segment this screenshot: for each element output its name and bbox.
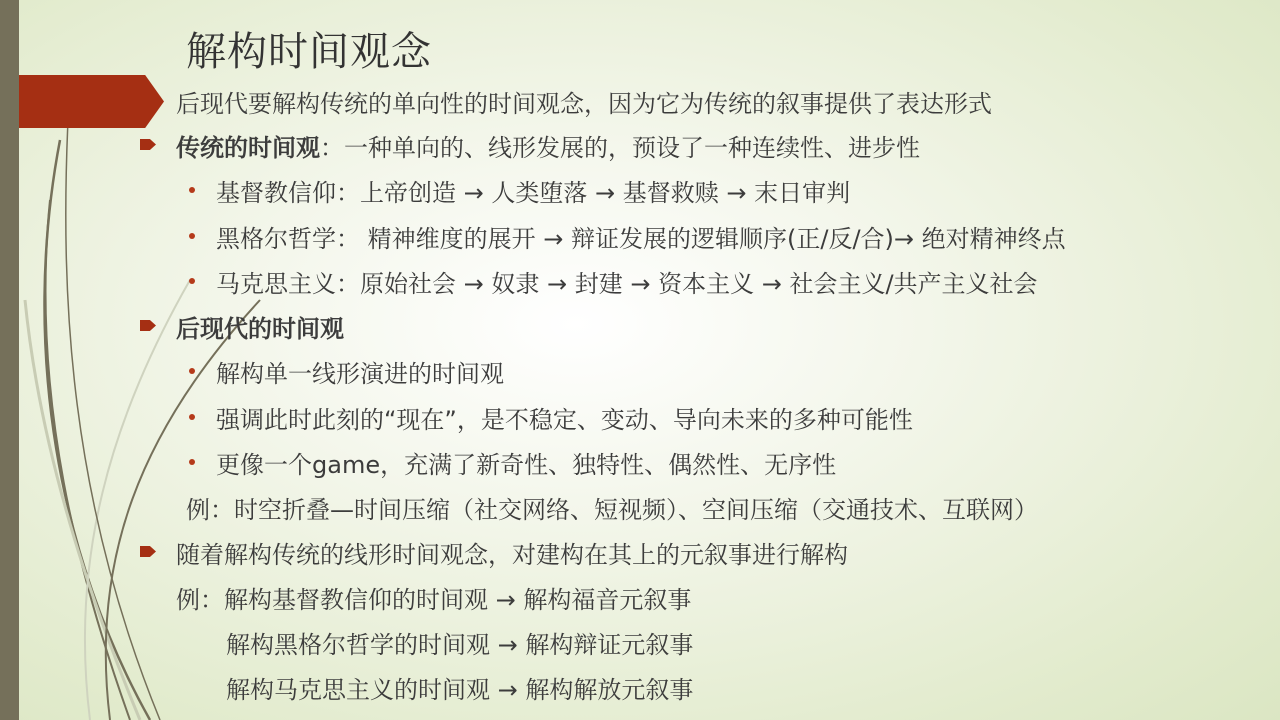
- bullet-dot-icon: [189, 233, 195, 239]
- intro-text: 后现代要解构传统的单向性的时间观念，因为它为传统的叙事提供了表达形式: [176, 84, 992, 119]
- section-heading: 传统的时间观: [176, 134, 320, 162]
- section-text: 随着解构传统的线形时间观念，对建构在其上的元叙事进行解构: [176, 535, 848, 570]
- bullet-dot-icon: [189, 187, 195, 193]
- section-text: ：一种单向的、线形发展的，预设了一种连续性、进步性: [320, 134, 920, 162]
- example-text: 解构马克思主义的时间观 → 解构解放元叙事: [226, 670, 693, 705]
- bullet-dot-icon: [189, 278, 195, 284]
- example-text: 例：解构基督教信仰的时间观 → 解构福音元叙事: [176, 580, 691, 615]
- slide-title: 解构时间观念: [186, 20, 432, 77]
- list-item: 解构单一线形演进的时间观: [216, 354, 504, 389]
- bullet-dot-icon: [189, 414, 195, 420]
- example-text: 例：时空折叠—时间压缩（社交网络、短视频）、空间压缩（交通技术、互联网）: [186, 490, 1038, 525]
- bullet-dot-icon: [189, 459, 195, 465]
- list-item: 基督教信仰：上帝创造 → 人类堕落 → 基督救赎 → 末日审判: [216, 173, 850, 208]
- example-text: 解构黑格尔哲学的时间观 → 解构辩证元叙事: [226, 625, 693, 660]
- section-traditional: 传统的时间观：一种单向的、线形发展的，预设了一种连续性、进步性: [176, 128, 920, 163]
- section-heading: 后现代的时间观: [176, 309, 344, 344]
- bullet-dot-icon: [189, 368, 195, 374]
- list-item: 黑格尔哲学： 精神维度的展开 → 辩证发展的逻辑顺序(正/反/合)→ 绝对精神终…: [216, 219, 1066, 254]
- title-accent-tab: [19, 75, 164, 128]
- list-item: 更像一个game，充满了新奇性、独特性、偶然性、无序性: [216, 445, 836, 480]
- list-item: 强调此时此刻的“现在”，是不稳定、变动、导向未来的多种可能性: [216, 400, 913, 435]
- list-item: 马克思主义：原始社会 → 奴隶 → 封建 → 资本主义 → 社会主义/共产主义社…: [216, 264, 1038, 299]
